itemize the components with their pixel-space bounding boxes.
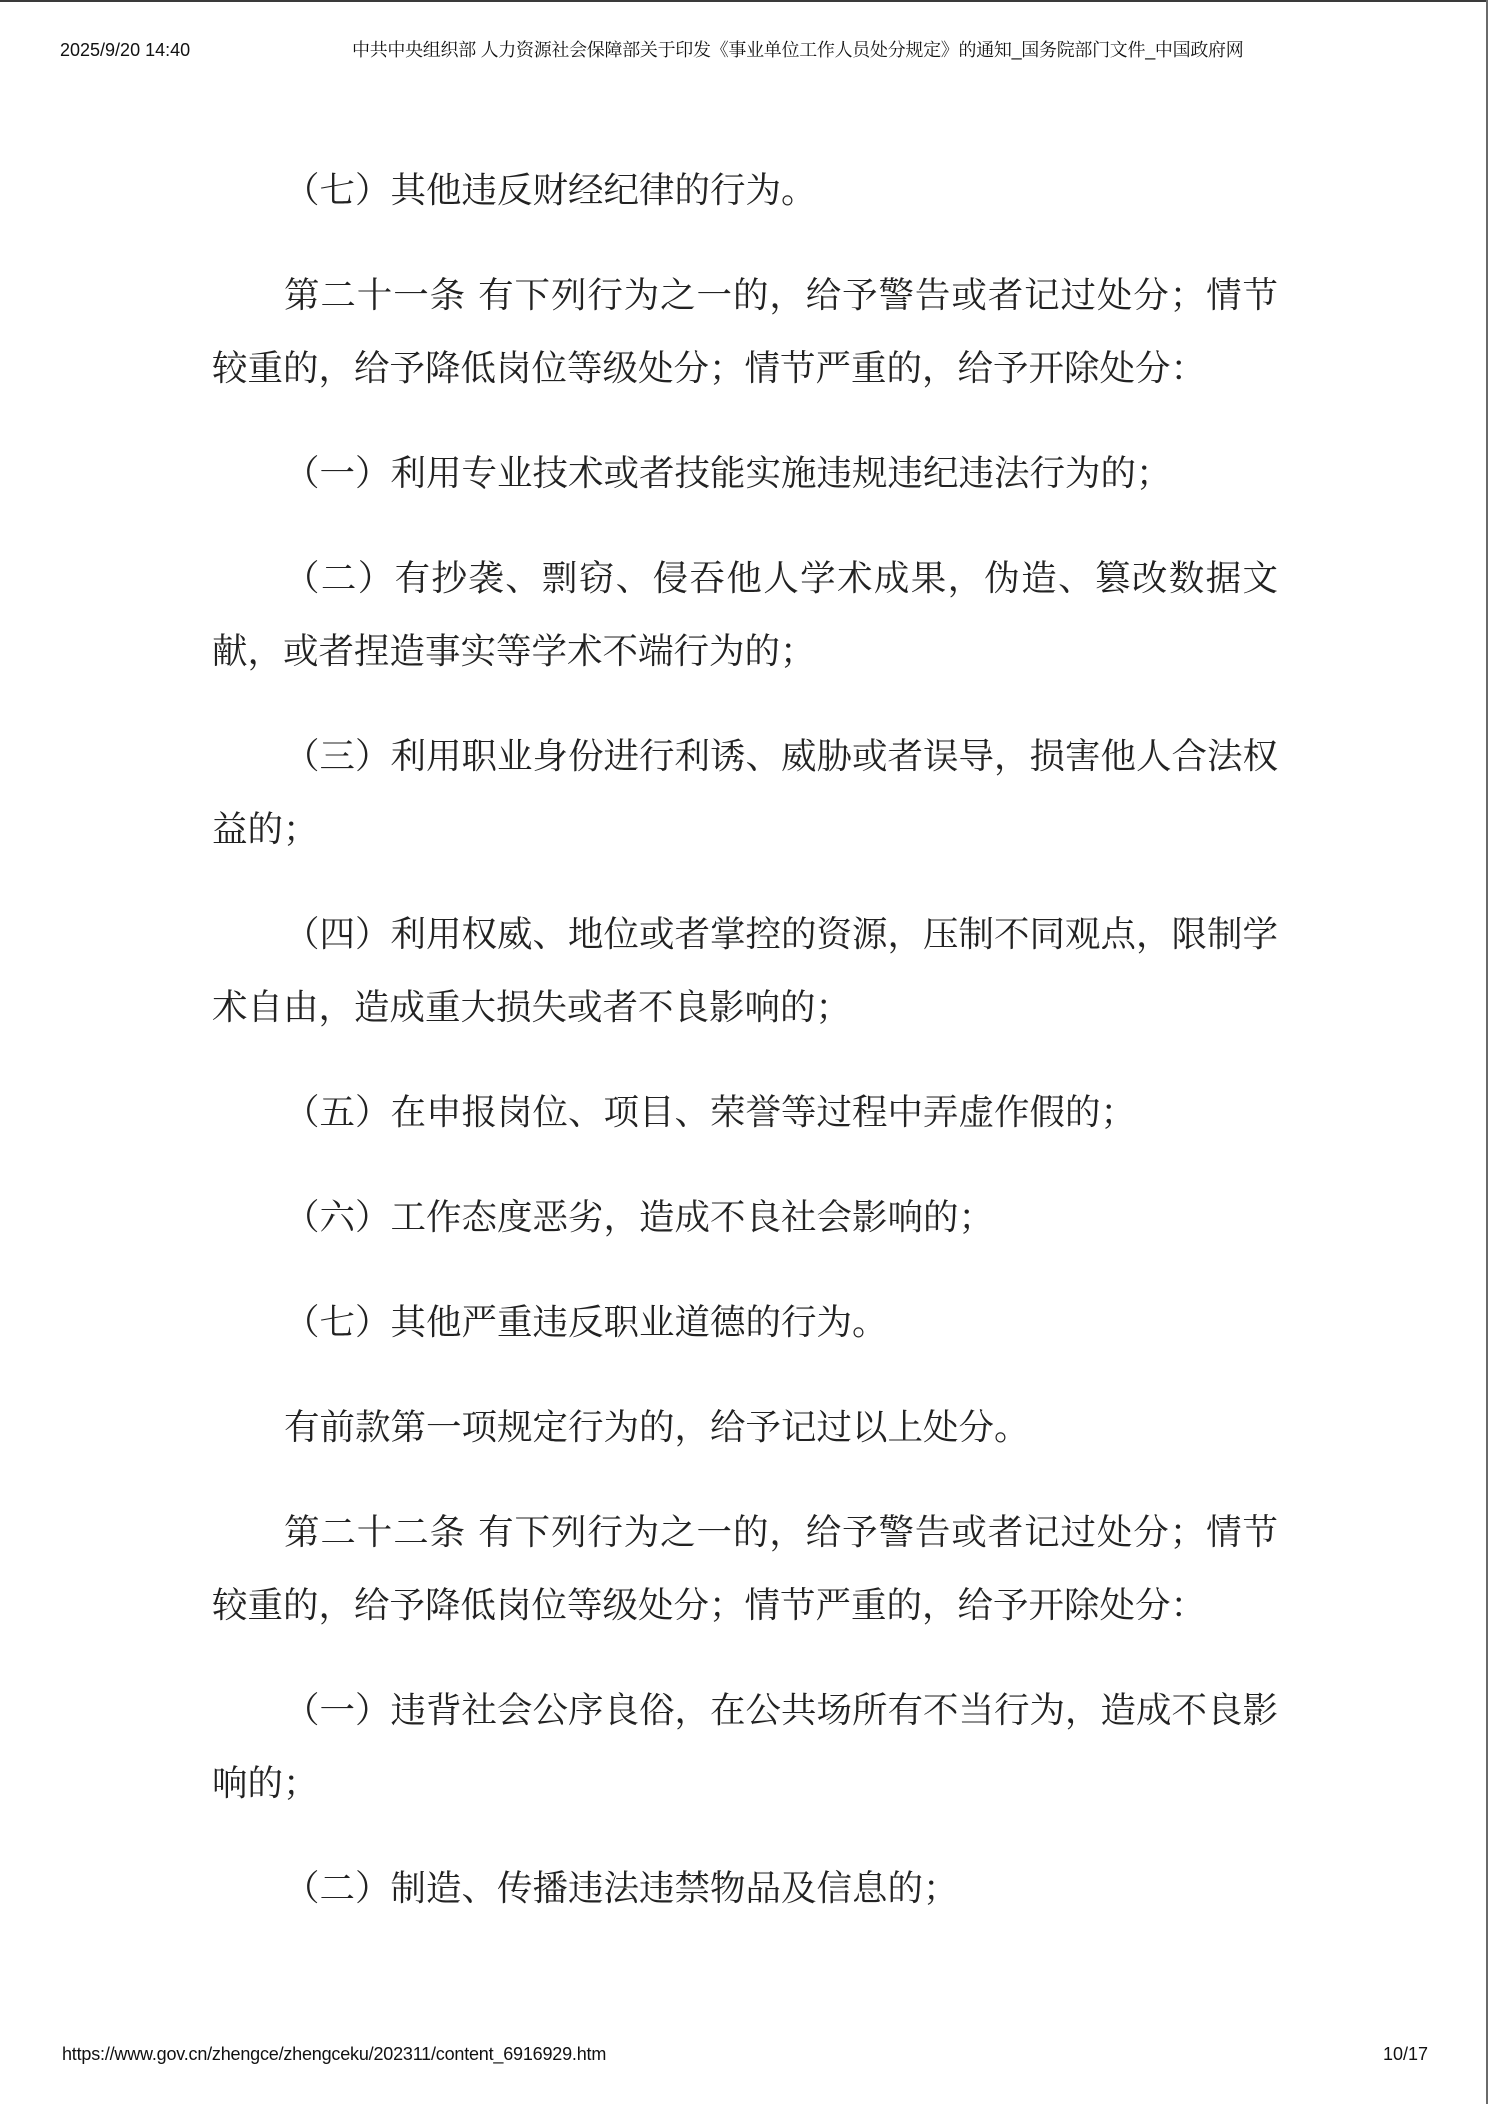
print-footer: https://www.gov.cn/zhengce/zhengceku/202…	[0, 2042, 1488, 2066]
article-22-item-1: （一）违背社会公序良俗，在公共场所有不当行为，造成不良影响的；	[212, 1674, 1278, 1820]
article-21-note: 有前款第一项规定行为的，给予记过以上处分。	[212, 1391, 1278, 1464]
page-number: 10/17	[1383, 2042, 1428, 2066]
document-body: （七）其他违反财经纪律的行为。 第二十一条 有下列行为之一的，给予警告或者记过处…	[212, 154, 1278, 1957]
document-title: 中共中央组织部 人力资源社会保障部关于印发《事业单位工作人员处分规定》的通知_国…	[352, 38, 1243, 62]
paragraph-item-7-financial: （七）其他违反财经纪律的行为。	[212, 154, 1278, 227]
article-22-heading: 第二十二条 有下列行为之一的，给予警告或者记过处分；情节较重的，给予降低岗位等级…	[212, 1496, 1278, 1642]
article-21-item-1: （一）利用专业技术或者技能实施违规违纪违法行为的；	[212, 437, 1278, 510]
page-top-border	[0, 0, 1488, 2]
article-21-item-3: （三）利用职业身份进行利诱、威胁或者误导，损害他人合法权益的；	[212, 720, 1278, 866]
article-21-item-7: （七）其他严重违反职业道德的行为。	[212, 1286, 1278, 1359]
article-21-item-2: （二）有抄袭、剽窃、侵吞他人学术成果，伪造、篡改数据文献，或者捏造事实等学术不端…	[212, 542, 1278, 688]
article-21-item-4: （四）利用权威、地位或者掌控的资源，压制不同观点，限制学术自由，造成重大损失或者…	[212, 898, 1278, 1044]
page-url: https://www.gov.cn/zhengce/zhengceku/202…	[62, 2042, 606, 2066]
article-21-item-6: （六）工作态度恶劣，造成不良社会影响的；	[212, 1181, 1278, 1254]
article-21-heading: 第二十一条 有下列行为之一的，给予警告或者记过处分；情节较重的，给予降低岗位等级…	[212, 259, 1278, 405]
print-datetime: 2025/9/20 14:40	[60, 38, 190, 62]
article-22-item-2: （二）制造、传播违法违禁物品及信息的；	[212, 1852, 1278, 1925]
print-header: 2025/9/20 14:40 中共中央组织部 人力资源社会保障部关于印发《事业…	[0, 38, 1488, 62]
article-21-item-5: （五）在申报岗位、项目、荣誉等过程中弄虚作假的；	[212, 1076, 1278, 1149]
